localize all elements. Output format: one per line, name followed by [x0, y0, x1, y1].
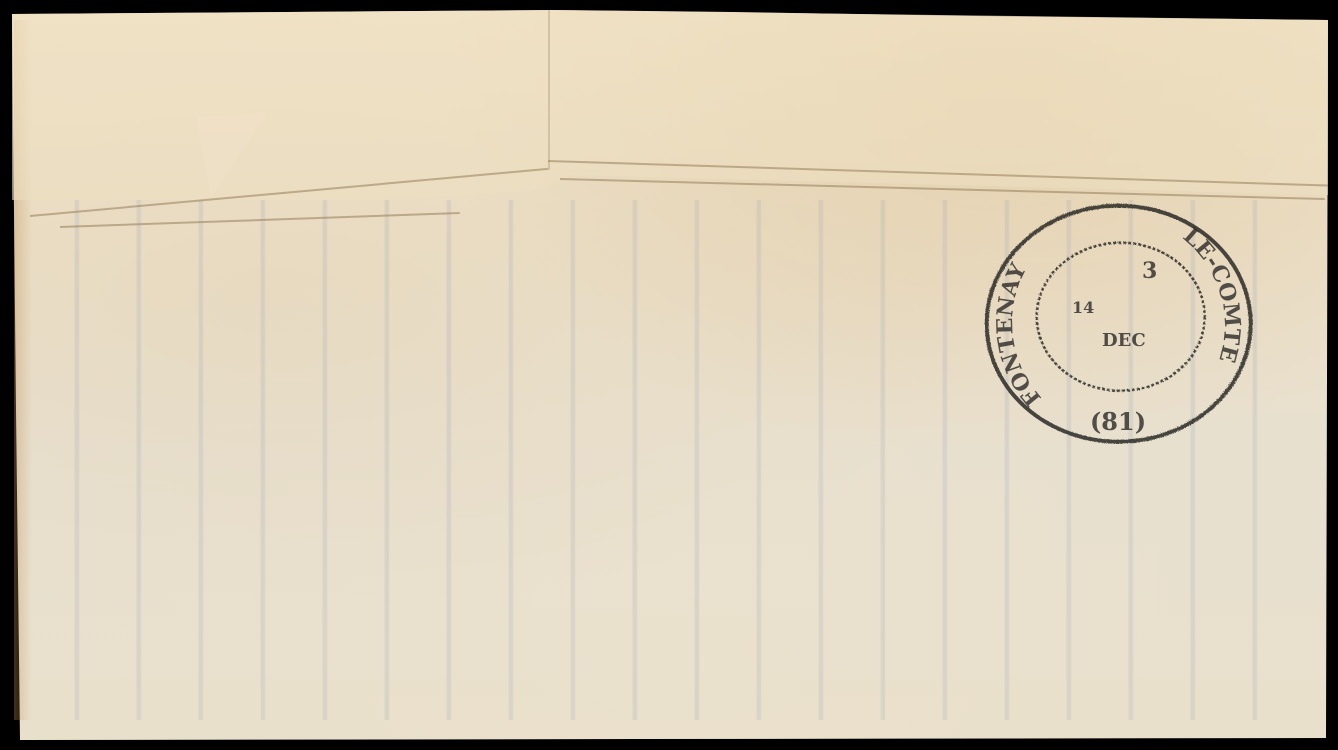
postmark-year: 3 [1142, 258, 1157, 284]
svg-text:FONTENAY: FONTENAY [992, 259, 1047, 411]
postmark-day: 14 [1072, 298, 1094, 317]
vertical-crease [548, 10, 550, 170]
svg-text:LE-COMTE: LE-COMTE [1178, 223, 1245, 365]
postmark-month: DEC [1102, 330, 1146, 351]
circular-postmark: FONTENAY LE-COMTE (81) 14 DEC 3 [982, 198, 1254, 448]
postmark-department-number: (81) [1090, 407, 1146, 436]
postmark-town-right: LE-COMTE [1178, 223, 1245, 365]
postmark-town-left: FONTENAY [992, 259, 1047, 411]
